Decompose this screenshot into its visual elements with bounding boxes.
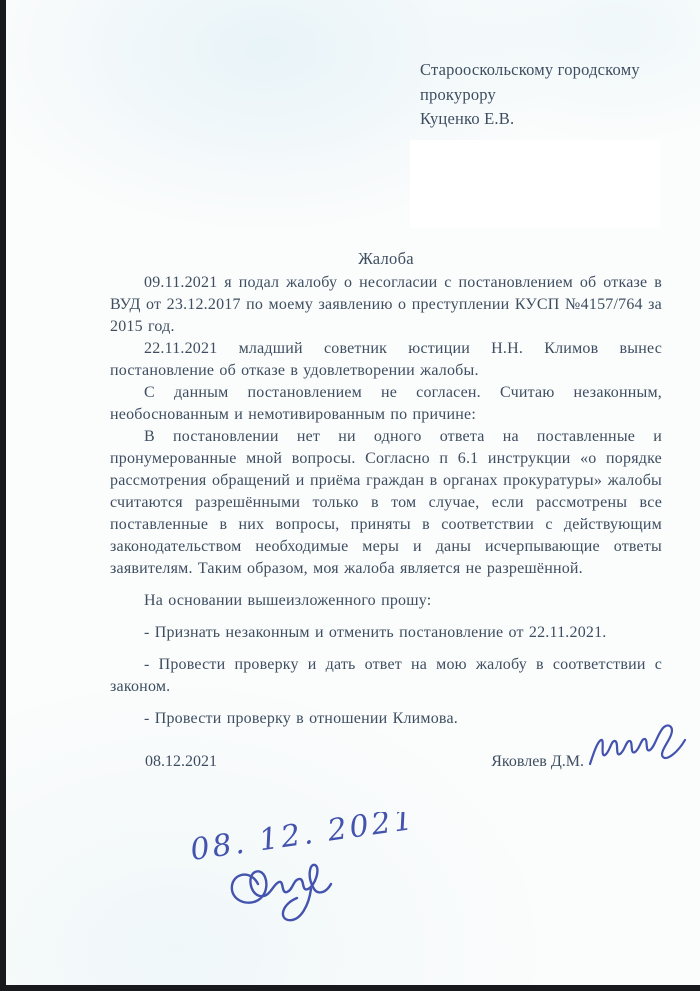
request-item-1: - Признать незаконным и отменить постано… — [110, 622, 662, 644]
recipient-line-1: Старооскольскому городскому — [420, 58, 670, 83]
recipient-line-2: прокурору — [420, 83, 670, 108]
document-date: 08.12.2021 — [110, 751, 217, 773]
request-item-2: - Провести проверку и дать ответ на мою … — [110, 654, 662, 698]
scan-edge-bottom — [0, 985, 700, 991]
date-signature-row: 08.12.2021 Яковлев Д.М. — [110, 751, 662, 773]
handwritten-signature — [232, 865, 331, 920]
document-title: Жалоба — [110, 248, 662, 270]
recipient-line-3: Куценко Е.В. — [420, 107, 670, 132]
scan-edge-left — [0, 0, 6, 991]
paragraph-3: С данным постановлением не согласен. Счи… — [110, 382, 662, 426]
scanned-document-page: Старооскольскому городскому прокурору Ку… — [0, 0, 700, 991]
handwritten-date: 08. 12. 2021 — [188, 812, 408, 868]
redaction-box — [410, 140, 660, 228]
request-item-3: - Провести проверку в отношении Климова. — [110, 708, 662, 730]
document-body: Жалоба 09.11.2021 я подал жалобу о несог… — [110, 248, 662, 773]
paragraph-1: 09.11.2021 я подал жалобу о несогласии с… — [110, 272, 662, 338]
paragraph-2: 22.11.2021 младший советник юстиции Н.Н.… — [110, 338, 662, 382]
signature-ink-top — [586, 720, 690, 774]
paragraph-4: В постановлении нет ни одного ответа на … — [110, 426, 662, 580]
recipient-block: Старооскольскому городскому прокурору Ку… — [420, 58, 670, 132]
paragraph-request-intro: На основании вышеизложенного прошу: — [110, 590, 662, 612]
handwritten-block: 08. 12. 2021 — [178, 812, 408, 942]
